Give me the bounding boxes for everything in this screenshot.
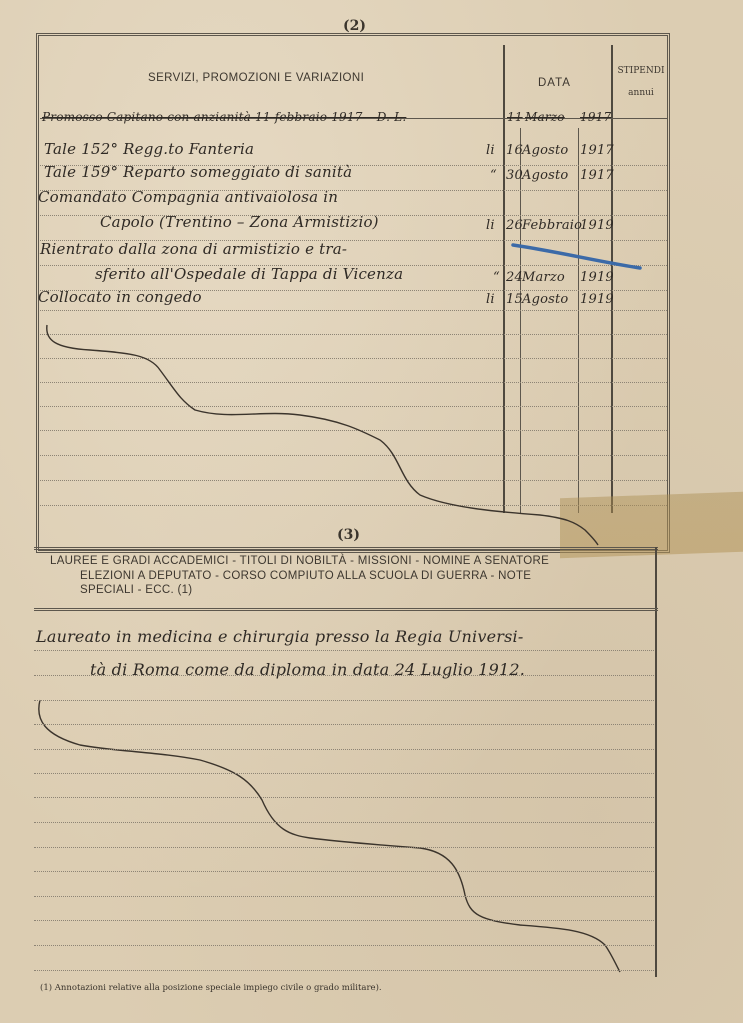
section-3-header-line-2: ELEZIONI A DEPUTATO - CORSO COMPIUTO ALL…: [50, 569, 640, 584]
ruled-line: [34, 970, 654, 971]
ruled-line: [34, 945, 654, 946]
section-3-header-line-1: LAUREE E GRADI ACCADEMICI - TITOLI DI NO…: [50, 554, 640, 569]
closing-squiggle-section-3: [39, 700, 620, 972]
ruled-line: [34, 847, 654, 848]
ruled-line: [34, 700, 654, 701]
section-3-top-border: [34, 547, 658, 550]
ruled-line: [34, 724, 654, 725]
section-3-header: LAUREE E GRADI ACCADEMICI - TITOLI DI NO…: [50, 554, 640, 598]
section-3-header-divider: [34, 608, 658, 611]
section-3-entry-line-2: tà di Roma come da diploma in data 24 Lu…: [90, 660, 525, 679]
ruled-line: [34, 896, 654, 897]
section-3-number: (3): [337, 527, 360, 543]
ruled-line: [34, 650, 654, 651]
ruled-line: [34, 871, 654, 872]
ruled-line: [34, 749, 654, 750]
ruled-line: [34, 920, 654, 921]
blue-pencil-mark: [513, 245, 640, 268]
section-3-header-line-3: SPECIALI - ECC. (1): [50, 583, 640, 598]
section-3-right-border: [655, 547, 657, 977]
ruled-line: [34, 773, 654, 774]
ruled-line: [34, 822, 654, 823]
closing-squiggle-section-2: [47, 325, 598, 545]
pen-marks: [0, 0, 743, 1023]
section-3-entry-line-1: Laureato in medicina e chirurgia presso …: [36, 627, 523, 646]
ruled-line: [34, 797, 654, 798]
footnote: (1) Annotazioni relative alla posizione …: [40, 983, 382, 993]
